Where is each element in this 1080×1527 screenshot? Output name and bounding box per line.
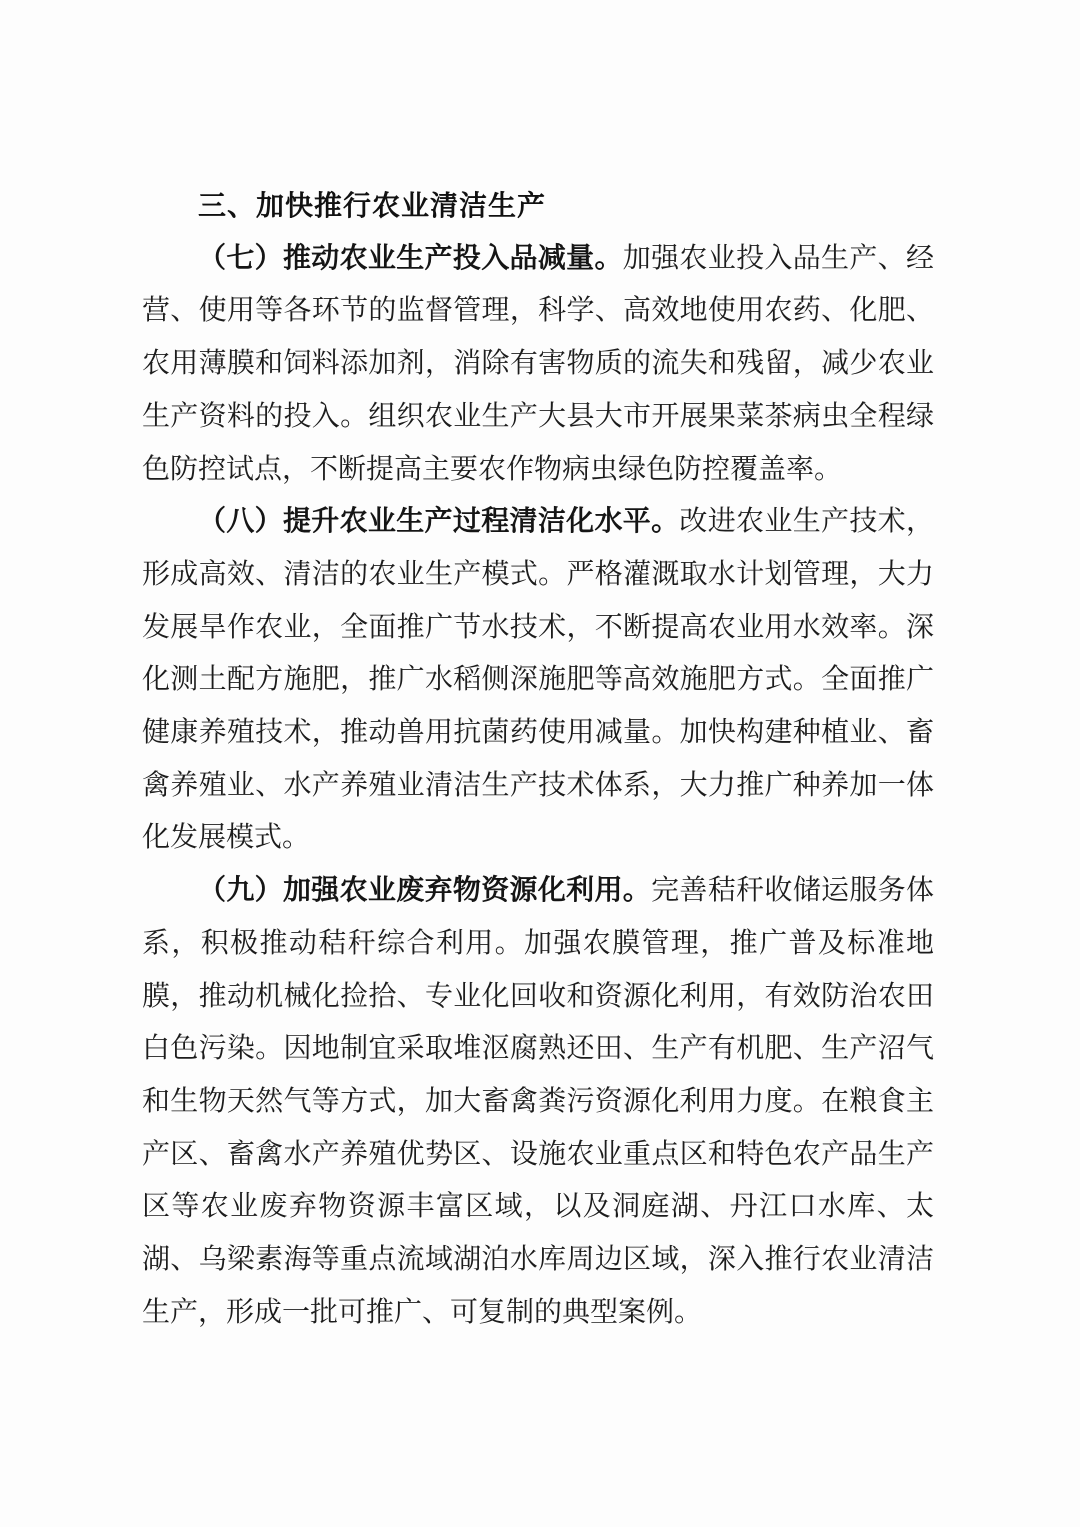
paragraph-9: （九）加强农业废弃物资源化利用。完善秸秆收储运服务体系，积极推动秸秆综合利用。加…	[142, 865, 934, 1339]
paragraph-8-lead: （八）提升农业生产过程清洁化水平。	[198, 506, 679, 537]
paragraph-7-lead: （七）推动农业生产投入品减量。	[198, 243, 623, 274]
paragraph-9-body: 完善秸秆收储运服务体系，积极推动秸秆综合利用。加强农膜管理，推广普及标准地膜，推…	[142, 875, 934, 1328]
paragraph-7: （七）推动农业生产投入品减量。加强农业投入品生产、经营、使用等各环节的监督管理，…	[142, 233, 934, 497]
paragraph-9-lead: （九）加强农业废弃物资源化利用。	[198, 875, 651, 906]
section-heading: 三、加快推行农业清洁生产	[142, 180, 934, 233]
paragraph-8-body: 改进农业生产技术，形成高效、清洁的农业生产模式。严格灌溉取水计划管理，大力发展旱…	[142, 506, 934, 853]
document-page: 三、加快推行农业清洁生产 （七）推动农业生产投入品减量。加强农业投入品生产、经营…	[0, 0, 1080, 1527]
paragraph-8: （八）提升农业生产过程清洁化水平。改进农业生产技术，形成高效、清洁的农业生产模式…	[142, 496, 934, 865]
paragraph-7-body: 加强农业投入品生产、经营、使用等各环节的监督管理，科学、高效地使用农药、化肥、农…	[142, 243, 934, 485]
